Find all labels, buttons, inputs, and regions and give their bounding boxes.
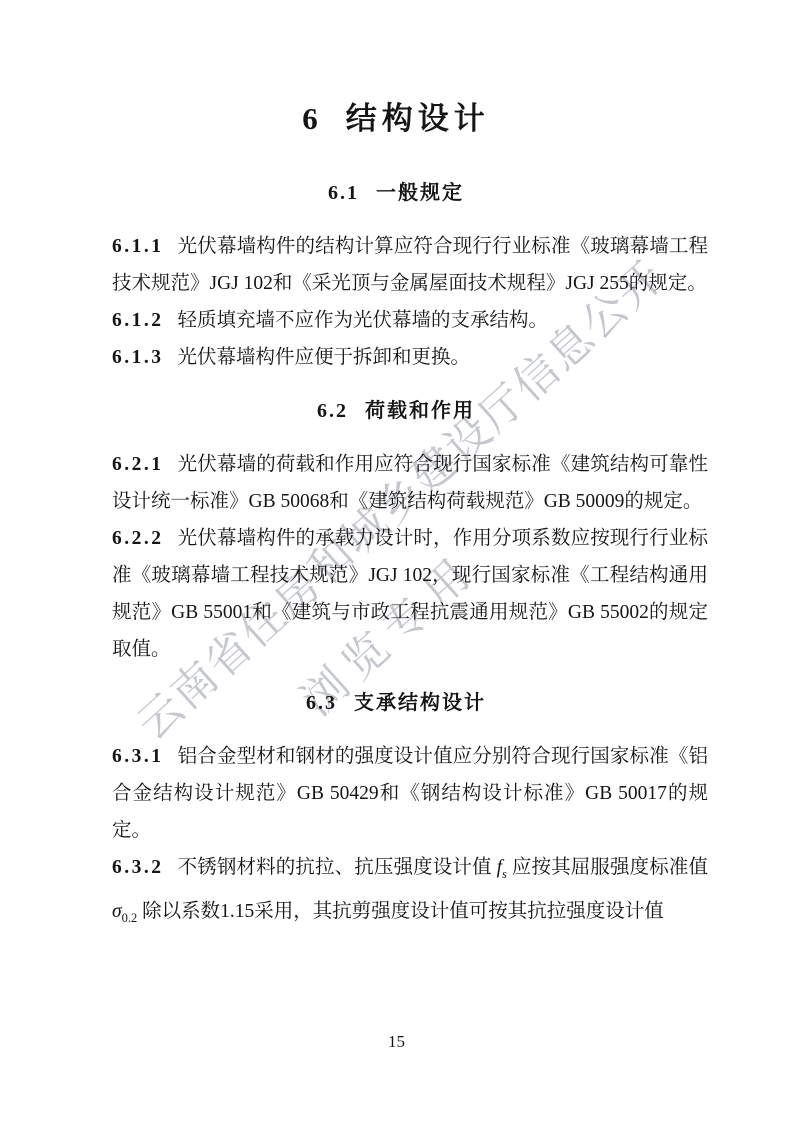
clause-text: 铝合金型材和钢材的强度设计值应分别符合现行国家标准《铝合金结构设计规范》GB 5…	[112, 746, 708, 841]
clause-text: 不锈钢材料的抗拉、抗压强度设计值 fs 应按其屈服强度标准值 σ0.2 除以系数…	[112, 857, 708, 922]
clause-paragraph: 6.3.2不锈钢材料的抗拉、抗压强度设计值 fs 应按其屈服强度标准值 σ0.2…	[112, 849, 708, 937]
clause-number: 6.3.2	[112, 857, 164, 878]
clauses: 6.3.1铝合金型材和钢材的强度设计值应分别符合现行国家标准《铝合金结构设计规范…	[112, 738, 708, 937]
section-number: 6.1	[328, 182, 359, 204]
section-number: 6.2	[317, 400, 348, 422]
clause-text-fragment: 应按其屈服强度标准值	[507, 857, 708, 878]
page-number: 15	[0, 1031, 793, 1053]
clause-paragraph: 6.3.1铝合金型材和钢材的强度设计值应分别符合现行国家标准《铝合金结构设计规范…	[112, 738, 708, 849]
clause-number: 6.1.3	[112, 347, 164, 368]
section: 6.2荷载和作用 6.2.1光伏幕墙的荷载和作用应符合现行国家标准《建筑结构可靠…	[112, 398, 708, 668]
section-heading: 6.2荷载和作用	[112, 398, 680, 424]
text-column: 6结构设计 6.1一般规定 6.1.1光伏幕墙构件的结构计算应符合现行行业标准《…	[112, 0, 708, 937]
clause-text: 光伏幕墙构件的结构计算应符合现行行业标准《玻璃幕墙工程技术规范》JGJ 102和…	[112, 236, 708, 294]
clause-text-fragment: 除以系数1.15采用，其抗剪强度设计值可按其抗拉强度设计值	[137, 901, 664, 922]
section-title-text: 支承结构设计	[354, 692, 486, 714]
clause-number: 6.2.2	[112, 528, 164, 549]
clause-text: 光伏幕墙的荷载和作用应符合现行国家标准《建筑结构可靠性设计统一标准》GB 500…	[112, 454, 708, 512]
chapter-title-text: 结构设计	[346, 101, 490, 136]
section-number: 6.3	[306, 692, 337, 714]
section: 6.1一般规定 6.1.1光伏幕墙构件的结构计算应符合现行行业标准《玻璃幕墙工程…	[112, 180, 708, 376]
clause-text-fragment: 不锈钢材料的抗拉、抗压强度设计值	[178, 857, 497, 878]
clause-text: 光伏幕墙构件应便于拆卸和更换。	[178, 347, 471, 368]
clause-paragraph: 6.1.2轻质填充墙不应作为光伏幕墙的支承结构。	[112, 302, 708, 339]
clause-text: 光伏幕墙构件的承载力设计时，作用分项系数应按现行行业标准《玻璃幕墙工程技术规范》…	[112, 528, 708, 660]
clause-text-fragment: 0.2	[122, 911, 138, 925]
document-page: 云南省住房和城乡建设厅信息公开 浏览专用 6结构设计 6.1一般规定 6.1.1…	[0, 0, 793, 1122]
clause-number: 6.1.1	[112, 236, 164, 257]
clause-paragraph: 6.1.3光伏幕墙构件应便于拆卸和更换。	[112, 339, 708, 376]
clause-paragraph: 6.2.2光伏幕墙构件的承载力设计时，作用分项系数应按现行行业标准《玻璃幕墙工程…	[112, 520, 708, 668]
sections-container: 6.1一般规定 6.1.1光伏幕墙构件的结构计算应符合现行行业标准《玻璃幕墙工程…	[112, 180, 708, 937]
section-title-text: 一般规定	[376, 182, 464, 204]
clause-text-fragment: σ	[112, 901, 122, 922]
clause-number: 6.3.1	[112, 746, 164, 767]
clauses: 6.1.1光伏幕墙构件的结构计算应符合现行行业标准《玻璃幕墙工程技术规范》JGJ…	[112, 228, 708, 376]
clause-number: 6.2.1	[112, 454, 164, 475]
chapter-number: 6	[302, 101, 319, 136]
clause-paragraph: 6.1.1光伏幕墙构件的结构计算应符合现行行业标准《玻璃幕墙工程技术规范》JGJ…	[112, 228, 708, 302]
clause-paragraph: 6.2.1光伏幕墙的荷载和作用应符合现行国家标准《建筑结构可靠性设计统一标准》G…	[112, 446, 708, 520]
clause-number: 6.1.2	[112, 310, 164, 331]
clause-text: 轻质填充墙不应作为光伏幕墙的支承结构。	[178, 310, 549, 331]
clauses: 6.2.1光伏幕墙的荷载和作用应符合现行国家标准《建筑结构可靠性设计统一标准》G…	[112, 446, 708, 668]
section-heading: 6.1一般规定	[112, 180, 680, 206]
section: 6.3支承结构设计 6.3.1铝合金型材和钢材的强度设计值应分别符合现行国家标准…	[112, 690, 708, 937]
section-title-text: 荷载和作用	[365, 400, 475, 422]
chapter-title: 6结构设计	[112, 0, 680, 141]
section-heading: 6.3支承结构设计	[112, 690, 680, 716]
